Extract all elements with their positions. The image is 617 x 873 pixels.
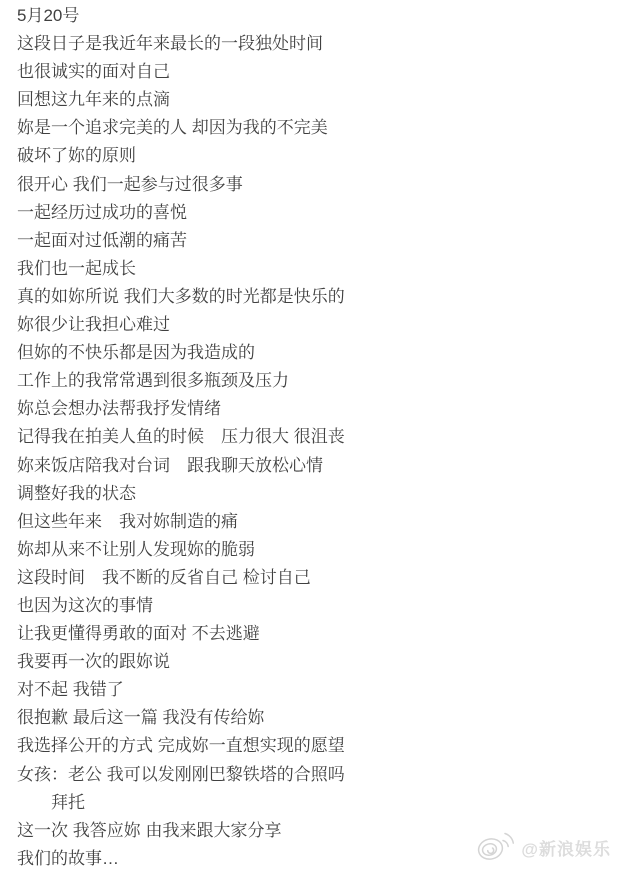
letter-line: 我选择公开的方式 完成妳一直想实现的愿望 xyxy=(17,732,609,760)
letter-line: 很开心 我们一起参与过很多事 xyxy=(17,171,609,199)
letter-line: 记得我在拍美人鱼的时候 压力很大 很沮丧 xyxy=(17,423,609,451)
letter-line: 但妳的不快乐都是因为我造成的 xyxy=(17,339,609,367)
letter-line: 很抱歉 最后这一篇 我没有传给妳 xyxy=(17,704,609,732)
letter-line: 女孩：老公 我可以发刚刚巴黎铁塔的合照吗 xyxy=(17,761,609,789)
letter-line: 我们也一起成长 xyxy=(17,255,609,283)
letter-line: 让我更懂得勇敢的面对 不去逃避 xyxy=(17,620,609,648)
watermark-handle: @新浪娱乐 xyxy=(521,835,611,860)
letter-line: 但这些年来 我对妳制造的痛 xyxy=(17,508,609,536)
letter-line: 对不起 我错了 xyxy=(17,676,609,704)
letter-line: 我要再一次的跟妳说 xyxy=(17,648,609,676)
weibo-watermark: @新浪娱乐 xyxy=(474,827,611,868)
letter-line: 一起面对过低潮的痛苦 xyxy=(17,227,609,255)
letter-line: 真的如妳所说 我们大多数的时光都是快乐的 xyxy=(17,283,609,311)
letter-line: 破坏了妳的原则 xyxy=(17,142,609,170)
letter-line: 妳却从来不让别人发现妳的脆弱 xyxy=(17,536,609,564)
letter-line: 也因为这次的事情 xyxy=(17,592,609,620)
letter-line: 妳很少让我担心难过 xyxy=(17,311,609,339)
weibo-logo-icon xyxy=(474,827,518,868)
letter-body: 5月20号 这段日子是我近年来最长的一段独处时间 也很诚实的面对自己 回想这九年… xyxy=(0,0,617,873)
letter-line: 妳来饭店陪我对台词 跟我聊天放松心情 xyxy=(17,452,609,480)
letter-line: 调整好我的状态 xyxy=(17,480,609,508)
letter-line: 工作上的我常常遇到很多瓶颈及压力 xyxy=(17,367,609,395)
letter-line: 一起经历过成功的喜悦 xyxy=(17,199,609,227)
letter-line: 5月20号 xyxy=(17,2,609,30)
letter-line: 妳总会想办法帮我抒发情绪 xyxy=(17,395,609,423)
letter-line: 也很诚实的面对自己 xyxy=(17,58,609,86)
letter-line: 这段日子是我近年来最长的一段独处时间 xyxy=(17,30,609,58)
letter-line: 拜托 xyxy=(17,789,609,817)
letter-page: 5月20号 这段日子是我近年来最长的一段独处时间 也很诚实的面对自己 回想这九年… xyxy=(0,0,617,873)
letter-line: 妳是一个追求完美的人 却因为我的不完美 xyxy=(17,114,609,142)
letter-line: 回想这九年来的点滴 xyxy=(17,86,609,114)
letter-line: 这段时间 我不断的反省自己 检讨自己 xyxy=(17,564,609,592)
